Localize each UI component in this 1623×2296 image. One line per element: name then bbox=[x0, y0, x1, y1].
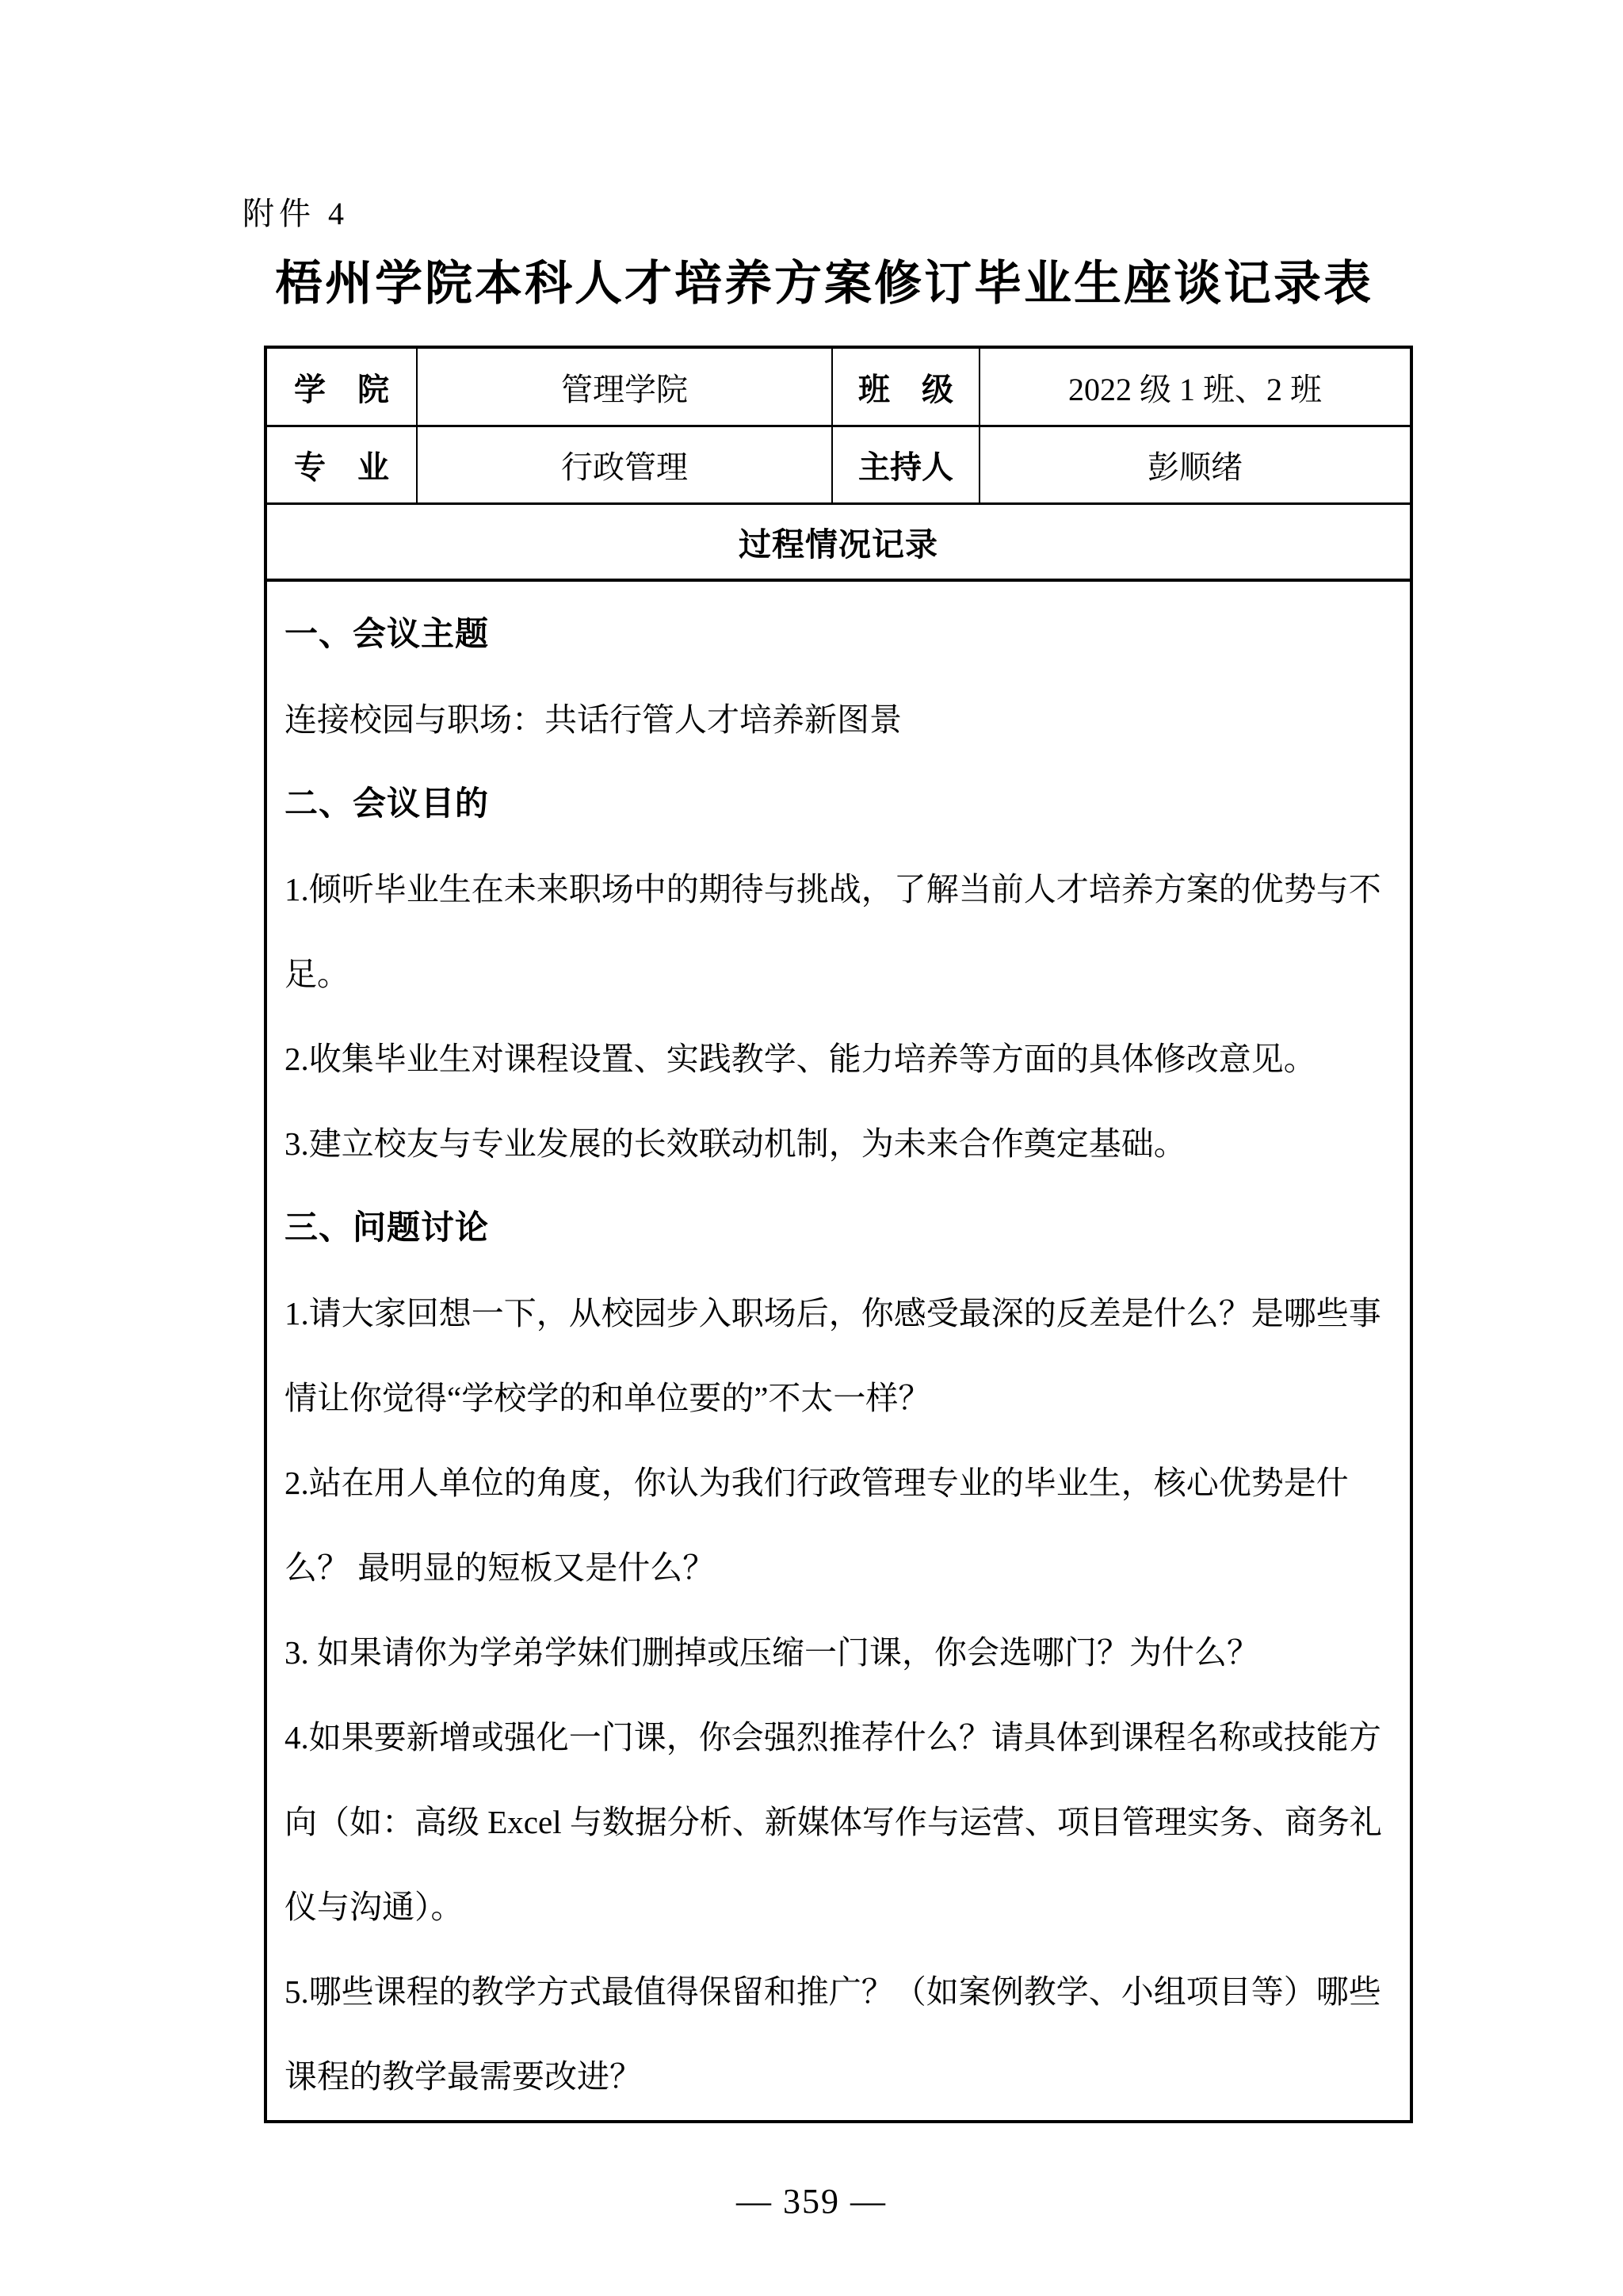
college-value: 管理学院 bbox=[418, 349, 833, 427]
host-label: 主持人 bbox=[833, 427, 980, 505]
record-line: 1.请大家回想一下，从校园步入职场后，你感受最深的反差是什么？是哪些事 bbox=[285, 1271, 1394, 1356]
document-page: 附件 4 梧州学院本科人才培养方案修订毕业生座谈记录表 学 院 管理学院 班 级… bbox=[0, 0, 1623, 2296]
record-line: 1.倾听毕业生在未来职场中的期待与挑战，了解当前人才培养方案的优势与不 bbox=[285, 847, 1394, 932]
major-label: 专 业 bbox=[267, 427, 418, 505]
class-label: 班 级 bbox=[833, 349, 980, 427]
major-value: 行政管理 bbox=[418, 427, 833, 505]
record-line: 情让你觉得“学校学的和单位要的”不太一样？ bbox=[285, 1356, 1394, 1441]
record-content: 一、会议主题 连接校园与职场：共话行管人才培养新图景 二、会议目的 1.倾听毕业… bbox=[267, 582, 1410, 2120]
attachment-label: 附件 4 bbox=[242, 189, 349, 234]
record-line: 足。 bbox=[285, 932, 1394, 1017]
process-record-header: 过程情况记录 bbox=[267, 505, 1410, 582]
record-line: 么？ 最明显的短板又是什么？ bbox=[285, 1526, 1394, 1610]
record-line: 课程的教学最需要改进？ bbox=[285, 2034, 1394, 2119]
record-form-table: 学 院 管理学院 班 级 2022 级 1 班、2 班 专 业 行政管理 主持人… bbox=[264, 346, 1413, 2123]
college-label: 学 院 bbox=[267, 349, 418, 427]
record-line: 4.如果要新增或强化一门课，你会强烈推荐什么？请具体到课程名称或技能方 bbox=[285, 1695, 1394, 1780]
record-line-question-discussion-heading: 三、问题讨论 bbox=[285, 1186, 1394, 1271]
record-line: 2.收集毕业生对课程设置、实践教学、能力培养等方面的具体修改意见。 bbox=[285, 1017, 1394, 1102]
record-line: 仪与沟通）。 bbox=[285, 1865, 1394, 1950]
class-value: 2022 级 1 班、2 班 bbox=[980, 349, 1410, 427]
host-value: 彭顺绪 bbox=[980, 427, 1410, 505]
page-number: — 359 — bbox=[0, 2181, 1623, 2222]
record-line: 2.站在用人单位的角度，你认为我们行政管理专业的毕业生，核心优势是什 bbox=[285, 1441, 1394, 1526]
record-line-meeting-topic-heading: 一、会议主题 bbox=[285, 593, 1394, 678]
record-line-meeting-purpose-heading: 二、会议目的 bbox=[285, 762, 1394, 847]
record-line: 5.哪些课程的教学方式最值得保留和推广？（如案例教学、小组项目等）哪些 bbox=[285, 1950, 1394, 2034]
record-line: 向（如：高级 Excel 与数据分析、新媒体写作与运营、项目管理实务、商务礼 bbox=[285, 1780, 1394, 1865]
record-line: 3.建立校友与专业发展的长效联动机制，为未来合作奠定基础。 bbox=[285, 1102, 1394, 1186]
record-line: 连接校园与职场：共话行管人才培养新图景 bbox=[285, 678, 1394, 762]
document-title: 梧州学院本科人才培养方案修订毕业生座谈记录表 bbox=[0, 246, 1623, 314]
record-line: 3. 如果请你为学弟学妹们删掉或压缩一门课，你会选哪门？为什么？ bbox=[285, 1610, 1394, 1695]
